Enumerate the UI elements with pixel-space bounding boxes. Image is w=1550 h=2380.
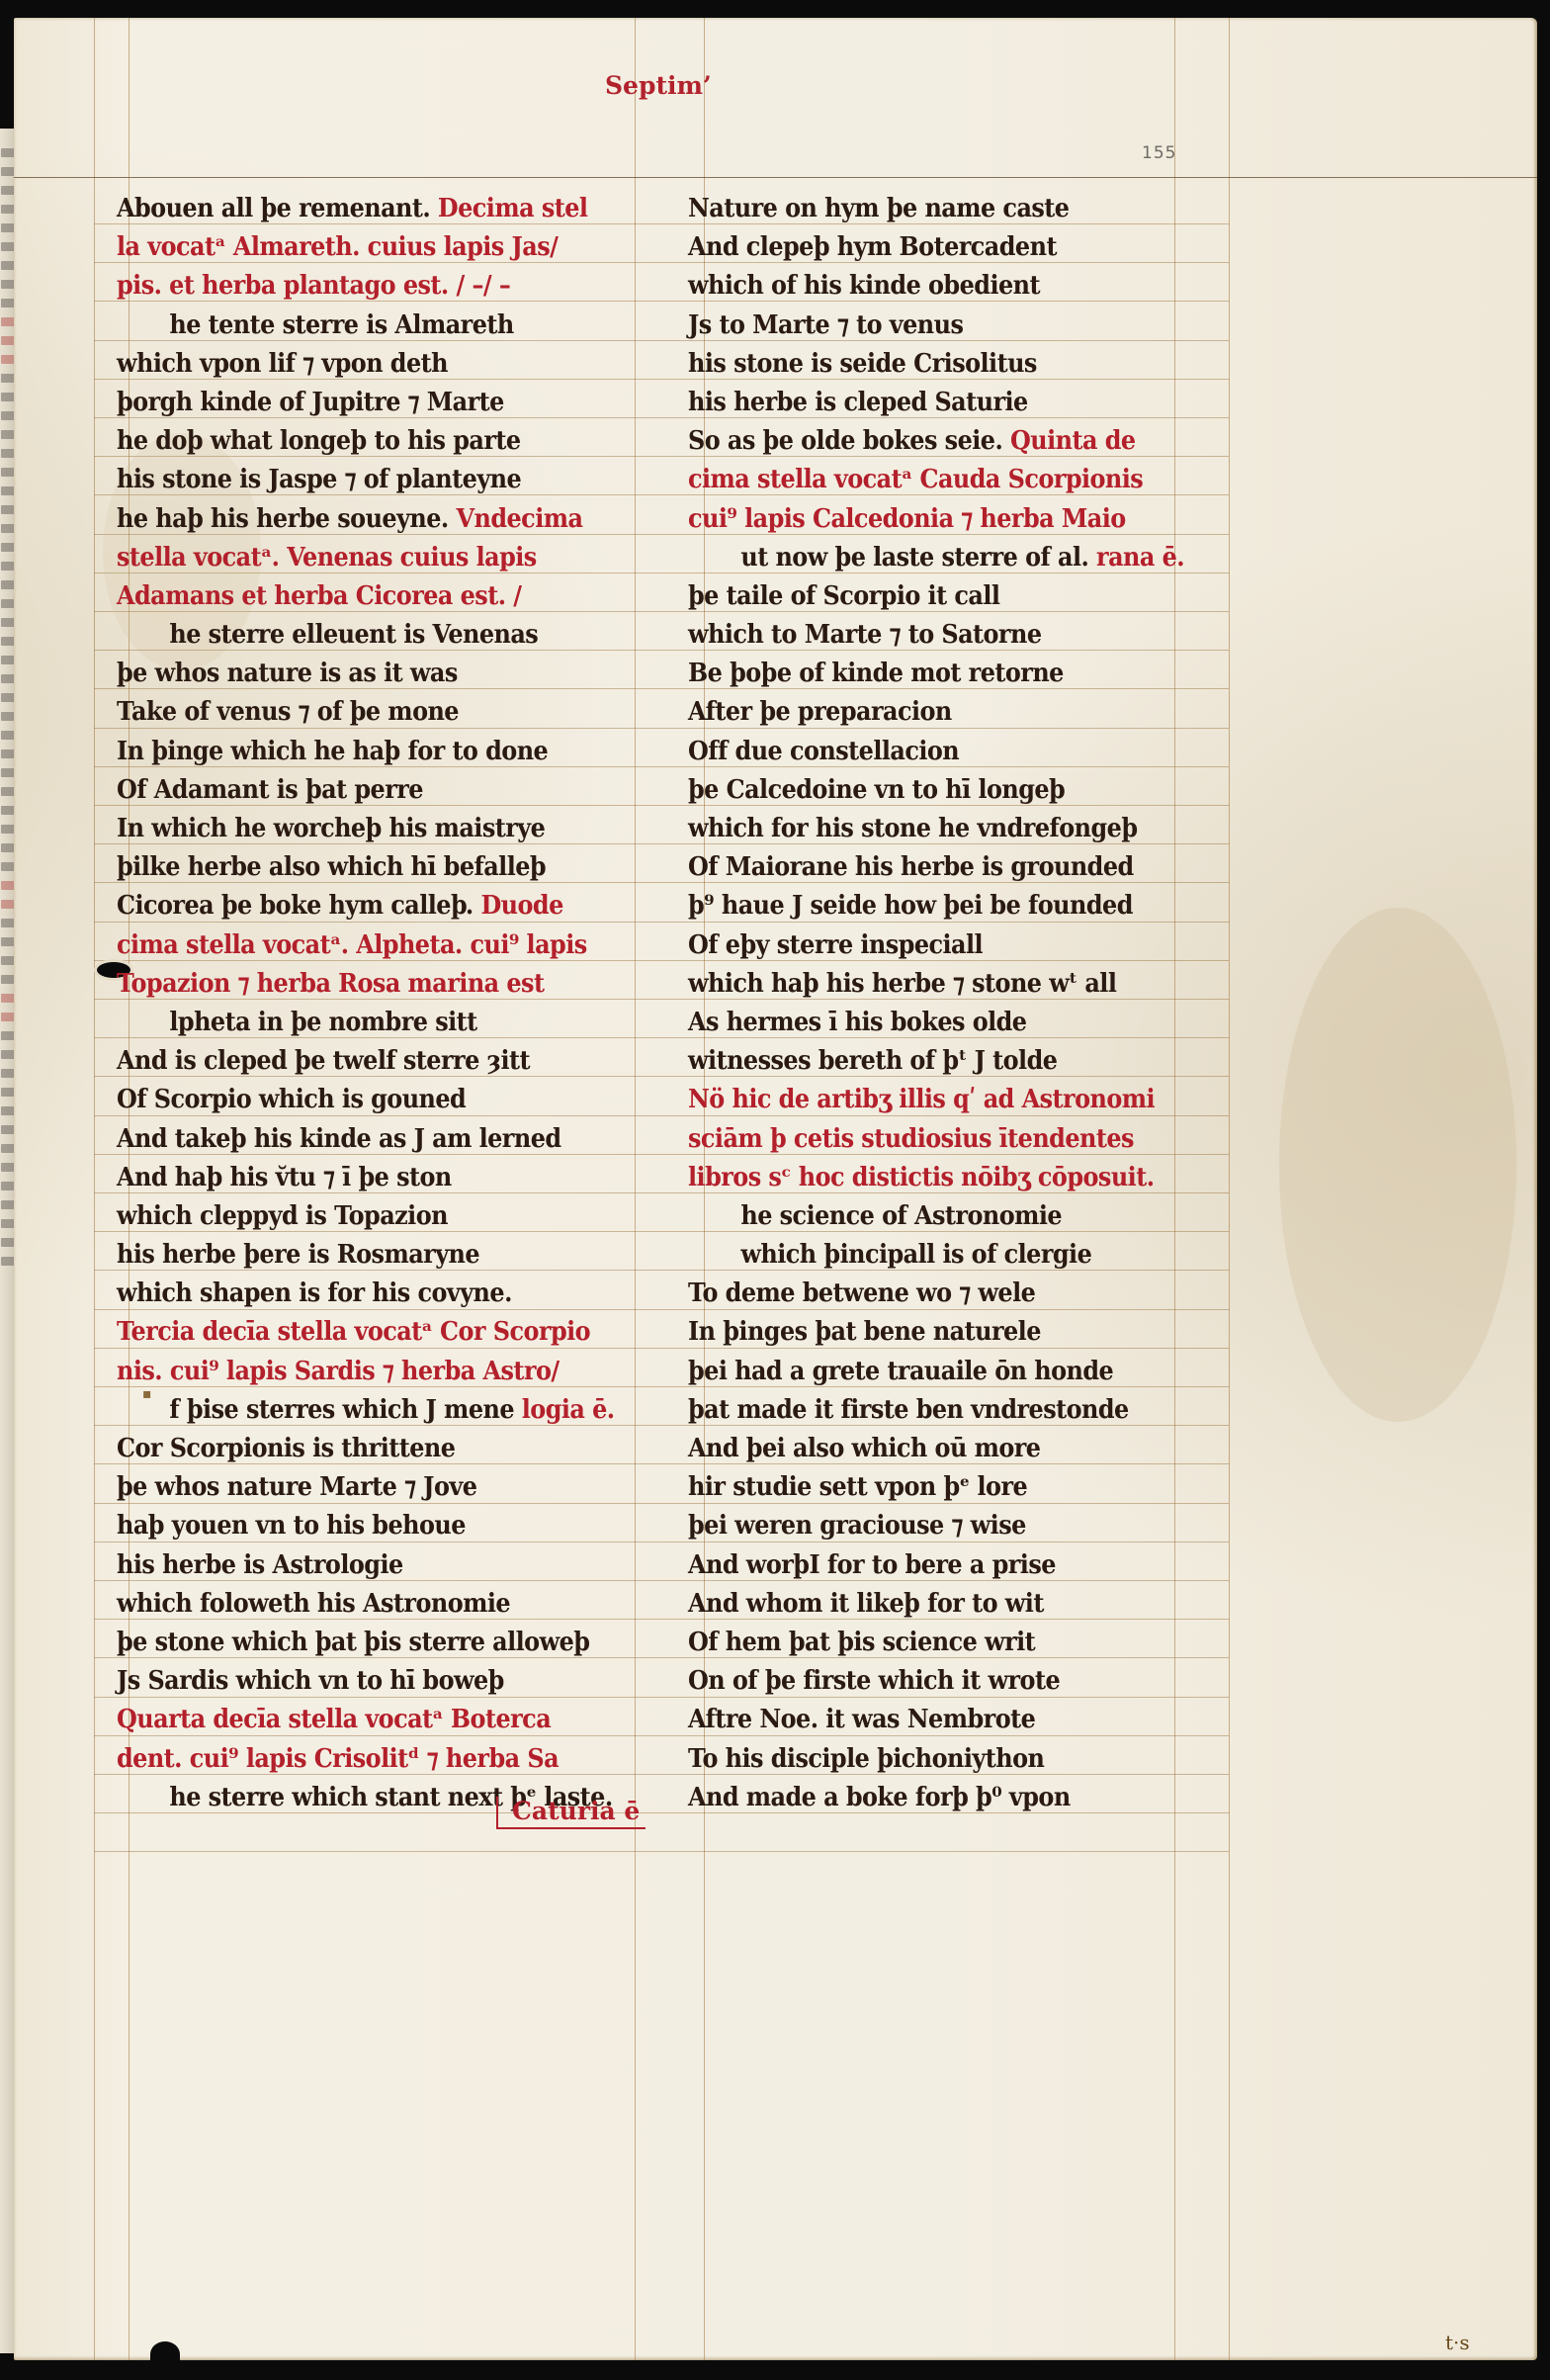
text-line: Adamans et herba Cicorea est. / bbox=[117, 577, 599, 616]
text-line: In þinges þat bene naturele bbox=[688, 1313, 1197, 1352]
verse-text: which cleppyd is Topazion bbox=[117, 1201, 448, 1231]
text-line: þ⁹ haue J seide how þei be founded bbox=[688, 887, 1197, 926]
rubric-text: dent. cui⁹ lapis Crisolitᵈ ⁊ herba Sa bbox=[117, 1744, 559, 1774]
rubric-text: Adamans et herba Cicorea est. / bbox=[117, 581, 521, 611]
verse-text: which þincipall is of clergie bbox=[740, 1240, 1091, 1270]
verse-text: Js Sardis which vn to hī boweþ bbox=[117, 1666, 504, 1696]
catchword-rubric: Caturia ē bbox=[496, 1797, 646, 1829]
folio-number: 155 bbox=[1142, 143, 1176, 163]
verse-text: Of eþy sterre inspeciall bbox=[688, 930, 983, 960]
text-line: which cleppyd is Topazion bbox=[117, 1197, 599, 1236]
verse-text: þe stone which þat þis sterre alloweþ bbox=[117, 1628, 589, 1657]
text-line: And takeþ his kinde as J am lerned bbox=[117, 1120, 599, 1159]
verse-text: And whom it likeþ for to wit bbox=[688, 1589, 1044, 1619]
text-line: he haþ his herbe soueyne. Vndecima bbox=[117, 500, 599, 539]
rubric-text: Quarta decīa stella vocatᵃ Boterca bbox=[117, 1705, 551, 1734]
verse-text: his herbe is Astrologie bbox=[117, 1550, 403, 1580]
text-line: which to Marte ⁊ to Satorne bbox=[688, 616, 1197, 655]
verse-text: In þinge which he haþ for to done bbox=[117, 737, 548, 766]
text-line: And clepeþ hym Botercadent bbox=[688, 228, 1197, 267]
verse-text: he sterre elleuent is Venenas bbox=[169, 620, 538, 650]
text-line: he tente sterre is Almareth bbox=[117, 307, 599, 345]
text-line: cima stella vocatᵃ. Alpheta. cui⁹ lapis bbox=[117, 926, 599, 965]
verse-text: which for his stone he vndrefongeþ bbox=[688, 814, 1138, 843]
text-line: In þinge which he haþ for to done bbox=[117, 733, 599, 771]
verse-text: And haþ his v̆tu ⁊ ī þe ston bbox=[117, 1163, 452, 1192]
text-line: þe whos nature is as it was bbox=[117, 655, 599, 693]
verse-text: Of Scorpio which is gouned bbox=[117, 1085, 466, 1114]
verse-text: Cor Scorpionis is thrittene bbox=[117, 1434, 455, 1463]
text-line: dent. cui⁹ lapis Crisolitᵈ ⁊ herba Sa bbox=[117, 1740, 599, 1779]
verse-text: Take of venus ⁊ of þe mone bbox=[117, 697, 459, 727]
text-line: So as þe olde bokes seie. Quinta de bbox=[688, 422, 1197, 461]
text-line: libros sᶜ hoc distictis nōibʒ cōposuit… bbox=[688, 1159, 1197, 1197]
text-line: sciām þ cetis studiosius ītendentes bbox=[688, 1120, 1197, 1159]
verse-text: þe whos nature Marte ⁊ Jove bbox=[117, 1472, 476, 1502]
verse-text: haþ youen vn to his behoue bbox=[117, 1511, 466, 1541]
text-line: which for his stone he vndrefongeþ bbox=[688, 810, 1197, 848]
text-line: Js to Marte ⁊ to venus bbox=[688, 307, 1197, 345]
verse-text: And worþI for to bere a prise bbox=[688, 1550, 1056, 1580]
left-column: Abouen all þe remenant. Decima stella vo… bbox=[117, 190, 641, 1817]
verse-text: Of Maiorane his herbe is grounded bbox=[688, 852, 1134, 882]
signature-mark: t·s bbox=[1445, 2331, 1470, 2354]
text-line: his herbe is Astrologie bbox=[117, 1546, 599, 1585]
verse-text: Aftre Noe. it was Nembrote bbox=[688, 1705, 1035, 1734]
verse-text: hir studie sett vpon þᵉ lore bbox=[688, 1472, 1027, 1502]
verse-text: his stone is seide Crisolitus bbox=[688, 349, 1037, 379]
verse-text: þorgh kinde of Jupitre ⁊ Marte bbox=[117, 388, 504, 417]
text-line: þe whos nature Marte ⁊ Jove bbox=[117, 1468, 599, 1507]
text-line: Js Sardis which vn to hī boweþ bbox=[117, 1662, 599, 1701]
rubric-text: Vndecima bbox=[449, 504, 583, 534]
text-line: which foloweth his Astronomie bbox=[117, 1585, 599, 1624]
verse-text: he science of Astronomie bbox=[740, 1201, 1062, 1231]
verse-text: Nature on hym þe name caste bbox=[688, 194, 1069, 223]
verse-text: To his disciple þichoniython bbox=[688, 1744, 1044, 1774]
parchment-hole-bottom bbox=[150, 2341, 180, 2367]
rubric-text: pis. et herba plantago est. / –/ – bbox=[117, 271, 510, 301]
text-line: his herbe is cleped Saturie bbox=[688, 384, 1197, 422]
verse-text: his herbe þere is Rosmaryne bbox=[117, 1240, 479, 1270]
text-line: þorgh kinde of Jupitre ⁊ Marte bbox=[117, 384, 599, 422]
text-line: After þe preparacion bbox=[688, 693, 1197, 732]
verse-text: þilke herbe also which hī befalleþ bbox=[117, 852, 546, 882]
text-line: þei had a grete trauaile ōn honde bbox=[688, 1353, 1197, 1391]
verse-text: which vpon lif ⁊ vpon deth bbox=[117, 349, 448, 379]
text-line: ut now þe laste sterre of al. rana ē. bbox=[688, 539, 1197, 577]
text-line: he doþ what longeþ to his parte bbox=[117, 422, 599, 461]
text-line: which haþ his herbe ⁊ stone wᵗ all bbox=[688, 965, 1197, 1004]
verse-text: þei had a grete trauaile ōn honde bbox=[688, 1357, 1113, 1386]
text-line: þe Calcedoine vn to hī longeþ bbox=[688, 771, 1197, 810]
verse-text: þe Calcedoine vn to hī longeþ bbox=[688, 775, 1065, 805]
text-line: Of Scorpio which is gouned bbox=[117, 1081, 599, 1119]
text-line: hir studie sett vpon þᵉ lore bbox=[688, 1468, 1197, 1507]
verse-text: his stone is Jaspe ⁊ of planteyne bbox=[117, 465, 521, 494]
text-line: which of his kinde obedient bbox=[688, 267, 1197, 306]
text-line: Topazion ⁊ herba Rosa marina est bbox=[117, 965, 599, 1004]
ruling-line-vertical bbox=[94, 18, 95, 2360]
rubric-text: Topazion ⁊ herba Rosa marina est bbox=[117, 969, 544, 999]
rubric-text: sciām þ cetis studiosius ītendentes bbox=[688, 1124, 1134, 1154]
verse-text: þe taile of Scorpio it call bbox=[688, 581, 999, 611]
rubric-text: la vocatᵃ Almareth. cuius lapis Jas/ bbox=[117, 232, 558, 262]
verse-text: which to Marte ⁊ to Satorne bbox=[688, 620, 1041, 650]
text-line: To his disciple þichoniython bbox=[688, 1740, 1197, 1779]
text-line: And þei also which oū more bbox=[688, 1430, 1197, 1468]
text-line: stella vocatᵃ. Venenas cuius lapis bbox=[117, 539, 599, 577]
text-line: And worþI for to bere a prise bbox=[688, 1546, 1197, 1585]
rubric-text: nis. cui⁹ lapis Sardis ⁊ herba Astro/ bbox=[117, 1357, 560, 1386]
text-line: which shapen is for his covyne. bbox=[117, 1275, 599, 1313]
verse-text: And clepeþ hym Botercadent bbox=[688, 232, 1057, 262]
verse-text: So as þe olde bokes seie. bbox=[688, 426, 1002, 456]
verse-text: þat made it firste ben vndrestonde bbox=[688, 1395, 1129, 1425]
verse-text: ut now þe laste sterre of al. bbox=[740, 543, 1088, 573]
text-line: Of Adamant is þat perre bbox=[117, 771, 599, 810]
text-line: Of eþy sterre inspeciall bbox=[688, 926, 1197, 965]
text-line: þilke herbe also which hī befalleþ bbox=[117, 848, 599, 887]
verse-text: Be þoþe of kinde mot retorne bbox=[688, 659, 1064, 688]
rubric-text: logia ē. bbox=[514, 1395, 615, 1425]
verse-text: On of þe firste which it wrote bbox=[688, 1666, 1060, 1696]
ruling-line-top bbox=[14, 177, 1537, 178]
text-line: pis. et herba plantago est. / –/ – bbox=[117, 267, 599, 306]
verse-text: which foloweth his Astronomie bbox=[117, 1589, 510, 1619]
text-line: cui⁹ lapis Calcedonia ⁊ herba Maio bbox=[688, 500, 1197, 539]
text-line: lpheta in þe nombre sitt bbox=[117, 1004, 599, 1042]
text-line: which vpon lif ⁊ vpon deth bbox=[117, 345, 599, 384]
right-column: Nature on hym þe name casteAnd clepeþ hy… bbox=[688, 190, 1242, 1817]
running-head: Septim’ bbox=[605, 71, 712, 100]
text-line: Aftre Noe. it was Nembrote bbox=[688, 1701, 1197, 1739]
rubric-text: cima stella vocatᵃ Cauda Scorpionis bbox=[688, 465, 1143, 494]
text-line: þei weren graciouse ⁊ wise bbox=[688, 1507, 1197, 1545]
verse-text: he tente sterre is Almareth bbox=[169, 310, 513, 340]
rubric-text: cima stella vocatᵃ. Alpheta. cui⁹ lapis bbox=[117, 930, 587, 960]
verse-text: And made a boke forþ þ⁰ vpon bbox=[688, 1783, 1071, 1812]
verse-text: his herbe is cleped Saturie bbox=[688, 388, 1028, 417]
text-line: Be þoþe of kinde mot retorne bbox=[688, 655, 1197, 693]
text-line: þe stone which þat þis sterre alloweþ bbox=[117, 1624, 599, 1662]
text-line: Cor Scorpionis is thrittene bbox=[117, 1430, 599, 1468]
rubric-text: Decima stel bbox=[430, 194, 587, 223]
text-line: witnesses bereth of þᵗ J tolde bbox=[688, 1042, 1197, 1081]
rubric-text: libros sᶜ hoc distictis nōibʒ cōposuit… bbox=[688, 1163, 1154, 1192]
verse-text: lpheta in þe nombre sitt bbox=[169, 1008, 476, 1037]
rubric-text: Nö hic de artibʒ illis qʹ ad Astronomi bbox=[688, 1085, 1155, 1114]
rubric-text: Duode bbox=[474, 891, 563, 921]
verse-text: which haþ his herbe ⁊ stone wᵗ all bbox=[688, 969, 1116, 999]
text-line: Abouen all þe remenant. Decima stel bbox=[117, 190, 599, 228]
rubric-text: stella vocatᵃ. Venenas cuius lapis bbox=[117, 543, 537, 573]
text-line: haþ youen vn to his behoue bbox=[117, 1507, 599, 1545]
text-line: which þincipall is of clergie bbox=[688, 1236, 1197, 1275]
verse-text: which shapen is for his covyne. bbox=[117, 1278, 512, 1308]
verse-text: As hermes ī his bokes olde bbox=[688, 1008, 1026, 1037]
text-line: his stone is Jaspe ⁊ of planteyne bbox=[117, 461, 599, 499]
text-line: Quarta decīa stella vocatᵃ Boterca bbox=[117, 1701, 599, 1739]
text-line: f þise sterres which J mene logia ē. bbox=[117, 1391, 599, 1430]
verse-text: And þei also which oū more bbox=[688, 1434, 1040, 1463]
text-line: Take of venus ⁊ of þe mone bbox=[117, 693, 599, 732]
text-line: As hermes ī his bokes olde bbox=[688, 1004, 1197, 1042]
verse-text: And takeþ his kinde as J am lerned bbox=[117, 1124, 561, 1154]
rubric-text: Quinta de bbox=[1002, 426, 1135, 456]
text-line: cima stella vocatᵃ Cauda Scorpionis bbox=[688, 461, 1197, 499]
verse-text: Js to Marte ⁊ to venus bbox=[688, 310, 963, 340]
verse-text: Of hem þat þis science writ bbox=[688, 1628, 1035, 1657]
verse-text: Off due constellacion bbox=[688, 737, 959, 766]
verse-text: witnesses bereth of þᵗ J tolde bbox=[688, 1046, 1057, 1076]
text-line: Off due constellacion bbox=[688, 733, 1197, 771]
text-line: And is cleped þe twelf sterre ȝitt bbox=[117, 1042, 599, 1081]
text-line: la vocatᵃ Almareth. cuius lapis Jas/ bbox=[117, 228, 599, 267]
text-line: his stone is seide Crisolitus bbox=[688, 345, 1197, 384]
text-line: On of þe firste which it wrote bbox=[688, 1662, 1197, 1701]
ruling-line-horizontal bbox=[94, 1851, 1229, 1852]
verse-text: In þinges þat bene naturele bbox=[688, 1317, 1041, 1347]
rubric-text: rana ē. bbox=[1088, 543, 1184, 573]
text-line: he science of Astronomie bbox=[688, 1197, 1197, 1236]
verse-text: he haþ his herbe soueyne. bbox=[117, 504, 449, 534]
verse-text: f þise sterres which J mene bbox=[169, 1395, 514, 1425]
verse-text: After þe preparacion bbox=[688, 697, 952, 727]
verse-text: þe whos nature is as it was bbox=[117, 659, 458, 688]
text-line: In which he worcheþ his maistrye bbox=[117, 810, 599, 848]
water-stain bbox=[1279, 908, 1516, 1422]
verse-text: Cicorea þe boke hym calleþ. bbox=[117, 891, 474, 921]
text-line: nis. cui⁹ lapis Sardis ⁊ herba Astro/ bbox=[117, 1353, 599, 1391]
verse-text: he doþ what longeþ to his parte bbox=[117, 426, 521, 456]
text-line: To deme betwene wo ⁊ wele bbox=[688, 1275, 1197, 1313]
text-line: Of Maiorane his herbe is grounded bbox=[688, 848, 1197, 887]
text-line: And haþ his v̆tu ⁊ ī þe ston bbox=[117, 1159, 599, 1197]
text-line: Of hem þat þis science writ bbox=[688, 1624, 1197, 1662]
text-line: he sterre elleuent is Venenas bbox=[117, 616, 599, 655]
text-line: þat made it firste ben vndrestonde bbox=[688, 1391, 1197, 1430]
rubric-text: Tercia decīa stella vocatᵃ Cor Scorpio bbox=[117, 1317, 590, 1347]
verse-text: þ⁹ haue J seide how þei be founded bbox=[688, 891, 1133, 921]
verse-text: Of Adamant is þat perre bbox=[117, 775, 423, 805]
verse-text: In which he worcheþ his maistrye bbox=[117, 814, 545, 843]
verse-text: Abouen all þe remenant. bbox=[117, 194, 430, 223]
text-line: And whom it likeþ for to wit bbox=[688, 1585, 1197, 1624]
rubric-text: cui⁹ lapis Calcedonia ⁊ herba Maio bbox=[688, 504, 1126, 534]
text-line: Nature on hym þe name caste bbox=[688, 190, 1197, 228]
text-line: Tercia decīa stella vocatᵃ Cor Scorpio bbox=[117, 1313, 599, 1352]
text-line: Cicorea þe boke hym calleþ. Duode bbox=[117, 887, 599, 926]
verse-text: þei weren graciouse ⁊ wise bbox=[688, 1511, 1026, 1541]
verse-text: To deme betwene wo ⁊ wele bbox=[688, 1278, 1035, 1308]
text-line: Nö hic de artibʒ illis qʹ ad Astronomi bbox=[688, 1081, 1197, 1119]
text-line: his herbe þere is Rosmaryne bbox=[117, 1236, 599, 1275]
verse-text: which of his kinde obedient bbox=[688, 271, 1040, 301]
text-line: And made a boke forþ þ⁰ vpon bbox=[688, 1779, 1197, 1817]
verse-text: And is cleped þe twelf sterre ȝitt bbox=[117, 1046, 530, 1076]
text-line: þe taile of Scorpio it call bbox=[688, 577, 1197, 616]
